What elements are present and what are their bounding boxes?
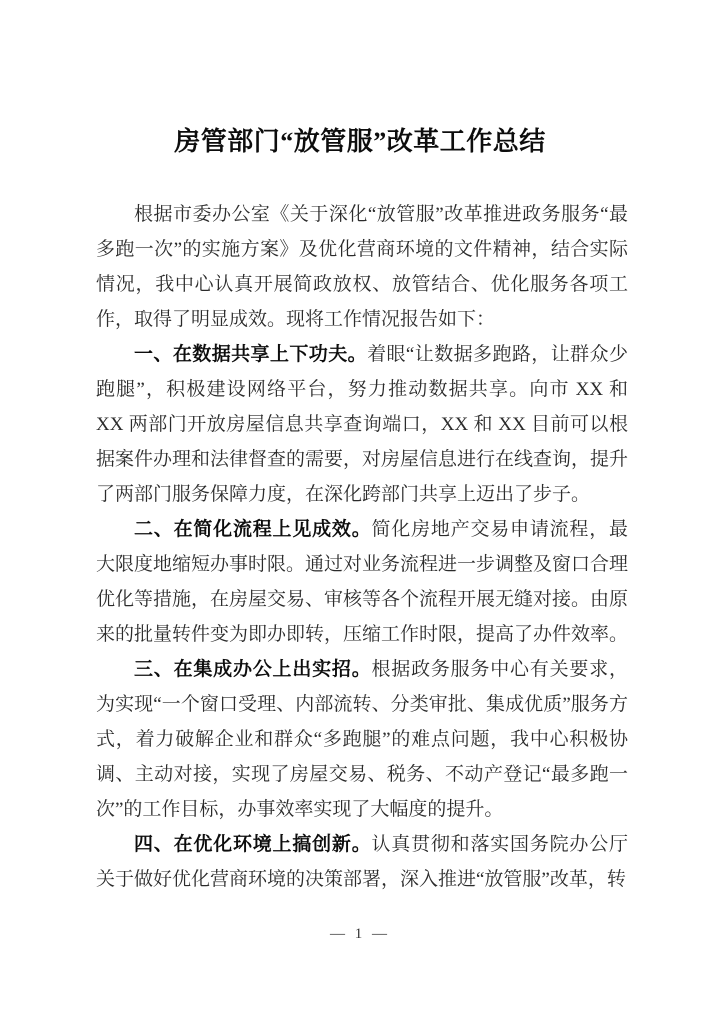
- paragraph-lead: 一、在数据共享上下功夫。: [134, 344, 367, 365]
- paragraph-text: 根据政务服务中心有关要求，为实现“一个窗口受理、内部流转、分类审批、集成优质”服…: [96, 659, 628, 820]
- paragraph-section-3: 三、在集成办公上出实招。根据政务服务中心有关要求，为实现“一个窗口受理、内部流转…: [96, 652, 628, 827]
- paragraph-lead: 三、在集成办公上出实招。: [134, 659, 372, 680]
- paragraph-section-2: 二、在简化流程上见成效。简化房地产交易申请流程，最大限度地缩短办事时限。通过对业…: [96, 512, 628, 652]
- paragraph-text: 着眼“让数据多跑路，让群众少跑腿”，积极建设网络平台，努力推动数据共享。向市 X…: [96, 344, 628, 505]
- paragraph-intro: 根据市委办公室《关于深化“放管服”改革推进政务服务“最多跑一次”的实施方案》及优…: [96, 197, 628, 337]
- document-page: 房管部门“放管服”改革工作总结 根据市委办公室《关于深化“放管服”改革推进政务服…: [0, 0, 720, 1018]
- paragraph-text: 根据市委办公室《关于深化“放管服”改革推进政务服务“最多跑一次”的实施方案》及优…: [96, 204, 628, 330]
- paragraph-section-1: 一、在数据共享上下功夫。着眼“让数据多跑路，让群众少跑腿”，积极建设网络平台，努…: [96, 337, 628, 512]
- page-number: — 1 —: [0, 926, 720, 943]
- document-title: 房管部门“放管服”改革工作总结: [0, 121, 720, 158]
- paragraph-section-4: 四、在优化环境上搞创新。认真贯彻和落实国务院办公厅关于做好优化营商环境的决策部署…: [96, 827, 628, 897]
- document-body: 根据市委办公室《关于深化“放管服”改革推进政务服务“最多跑一次”的实施方案》及优…: [96, 197, 628, 897]
- paragraph-lead: 四、在优化环境上搞创新。: [134, 834, 372, 855]
- paragraph-lead: 二、在简化流程上见成效。: [134, 519, 372, 540]
